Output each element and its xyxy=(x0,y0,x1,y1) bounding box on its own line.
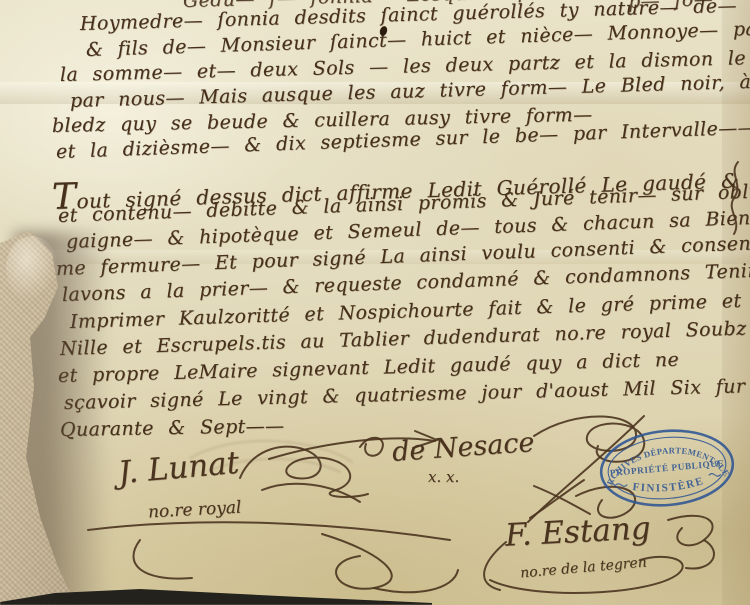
signature-left-name: J. Lunat xyxy=(117,445,241,491)
signature-middle-mark: x. x. xyxy=(428,468,459,486)
signature-left-paraph xyxy=(232,438,382,516)
signature-left-underline-flourish xyxy=(82,512,472,600)
stamp-ornament-right xyxy=(709,473,721,477)
cloth-highlight xyxy=(6,236,58,300)
margin-pen-marks xyxy=(724,158,750,238)
archive-stamp: ARCHIVES DÉPARTEMENTALES PROPRIÉTÉ PUBLI… xyxy=(593,421,742,515)
stamp-ornament-left xyxy=(615,483,627,487)
manuscript-photo: Gedu— ſ— ſonnia— Lesquw— p— p— ſo— Hoyme… xyxy=(0,0,750,605)
